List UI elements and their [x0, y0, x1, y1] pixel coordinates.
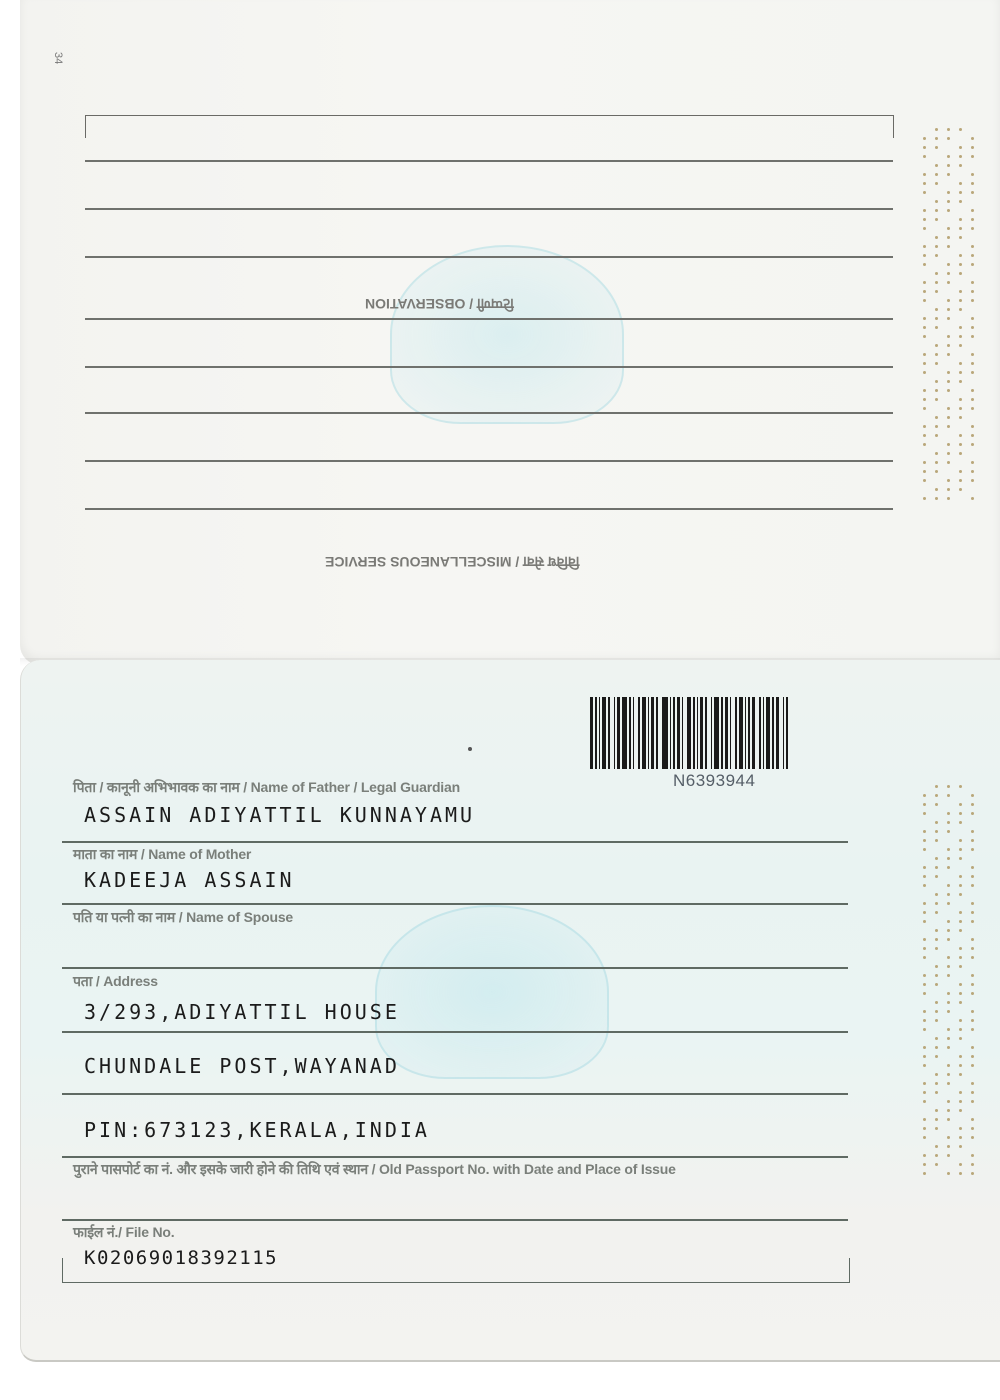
father-name-value: ASSAIN ADIYATTIL KUNNAYAMU	[84, 803, 475, 827]
observation-line	[85, 366, 893, 368]
perforated-passport-number-icon	[918, 128, 978, 500]
observation-box	[85, 115, 894, 138]
barcode-icon	[590, 697, 852, 769]
observation-line	[85, 318, 893, 320]
observation-line	[85, 508, 893, 510]
father-name-label: पिता / कानूनी अभिभावक का नाम / Name of F…	[73, 778, 460, 797]
old-passport-label: पुराने पासपोर्ट का नं. और इसके जारी होने…	[73, 1160, 676, 1179]
ashoka-emblem-watermark-icon	[390, 245, 624, 424]
observation-line	[85, 160, 893, 162]
observation-line	[85, 208, 893, 210]
address-line-1: 3/293,ADIYATTIL HOUSE	[84, 1000, 400, 1024]
field-divider	[62, 1219, 848, 1221]
address-label: पता / Address	[73, 972, 158, 991]
page-number: 34	[52, 52, 64, 64]
mother-name-value: KADEEJA ASSAIN	[84, 868, 295, 892]
field-divider	[62, 1031, 848, 1033]
file-number-label: फाईल नं./ File No.	[73, 1223, 174, 1242]
spouse-name-label: पति या पत्नी का नाम / Name of Spouse	[73, 908, 293, 927]
ashoka-emblem-watermark-icon	[375, 905, 609, 1079]
file-number-box	[62, 1258, 850, 1283]
observation-heading: टिप्पणी / OBSERVATION	[365, 294, 514, 313]
ink-mark	[468, 747, 472, 751]
observation-line	[85, 256, 893, 258]
observation-line	[85, 412, 893, 414]
address-line-3: PIN:673123,KERALA,INDIA	[84, 1118, 430, 1142]
address-line-2: CHUNDALE POST,WAYANAD	[84, 1054, 400, 1078]
field-divider	[62, 841, 848, 843]
field-divider	[62, 903, 848, 905]
field-divider	[62, 1156, 848, 1158]
miscellaneous-service-heading: विविध सेवा / MISCELLANEOUS SERVICE	[325, 552, 579, 571]
barcode-number: N6393944	[673, 771, 755, 791]
field-divider	[62, 967, 848, 969]
field-divider	[62, 1093, 848, 1095]
perforated-passport-number-icon	[918, 785, 978, 1175]
mother-name-label: माता का नाम / Name of Mother	[73, 845, 251, 864]
observation-line	[85, 460, 893, 462]
